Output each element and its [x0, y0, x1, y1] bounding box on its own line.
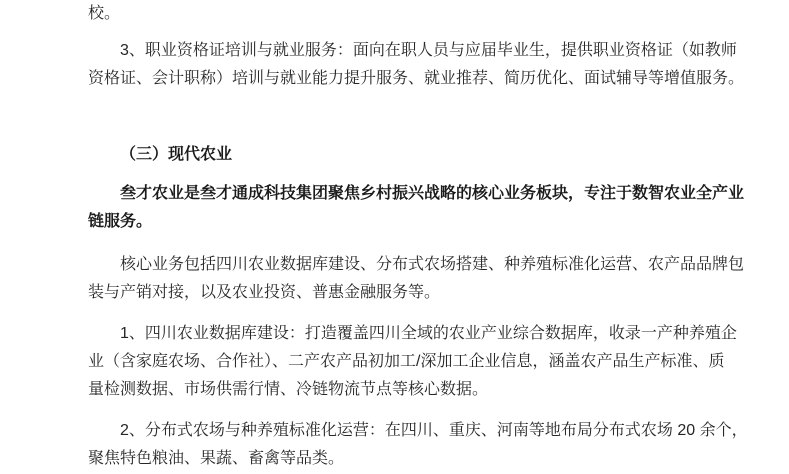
document-page: 校。 3、职业资格证培训与就业服务：面向在职人员与应届毕业生，提供职业资格证（如…: [0, 0, 789, 474]
text-line: 业（含家庭农场、合作社）、二产农产品初加工/深加工企业信息，涵盖农产品生产标准、…: [88, 348, 737, 376]
text-line: 资格证、会计职称）培训与就业能力提升服务、就业推荐、简历优化、面试辅导等增值服务…: [88, 65, 737, 93]
text-line: 3、职业资格证培训与就业服务：面向在职人员与应届毕业生，提供职业资格证（如教师: [88, 37, 737, 65]
text-line: 装与产销对接，以及农业投资、普惠金融服务等。: [88, 279, 737, 307]
text-line: 2、分布式农场与种养殖标准化运营：在四川、重庆、河南等地布局分布式农场 20 余…: [88, 417, 737, 445]
text-line: 量检测数据、市场供需行情、冷链物流节点等核心数据。: [88, 376, 737, 404]
paragraph-continuation: 校。: [88, 0, 737, 28]
paragraph-intro-bold: 叁才农业是叁才通成科技集团聚焦乡村振兴战略的核心业务板块，专注于数智农业全产业 …: [88, 180, 737, 236]
text-line: 核心业务包括四川农业数据库建设、分布式农场搭建、种养殖标准化运营、农产品品牌包: [88, 251, 737, 279]
document-text-block: 校。 3、职业资格证培训与就业服务：面向在职人员与应届毕业生，提供职业资格证（如…: [88, 0, 737, 473]
section-heading-modern-agriculture: （三）现代农业: [88, 141, 737, 169]
text-line: 叁才农业是叁才通成科技集团聚焦乡村振兴战略的核心业务板块，专注于数智农业全产业: [88, 180, 737, 208]
text-line: 链服务。: [88, 208, 737, 236]
text-line: 校。: [88, 0, 737, 28]
text-line: 聚焦特色粮油、果蔬、畜禽等品类。: [88, 445, 737, 473]
text-line: 1、四川农业数据库建设：打造覆盖四川全域的农业产业综合数据库，收录一产种养殖企: [88, 320, 737, 348]
paragraph-core-business: 核心业务包括四川农业数据库建设、分布式农场搭建、种养殖标准化运营、农产品品牌包 …: [88, 251, 737, 307]
paragraph-item1-agri-database: 1、四川农业数据库建设：打造覆盖四川全域的农业产业综合数据库，收录一产种养殖企 …: [88, 320, 737, 404]
paragraph-item2-distributed-farms: 2、分布式农场与种养殖标准化运营：在四川、重庆、河南等地布局分布式农场 20 余…: [88, 417, 737, 473]
paragraph-career-cert-services: 3、职业资格证培训与就业服务：面向在职人员与应届毕业生，提供职业资格证（如教师 …: [88, 37, 737, 93]
